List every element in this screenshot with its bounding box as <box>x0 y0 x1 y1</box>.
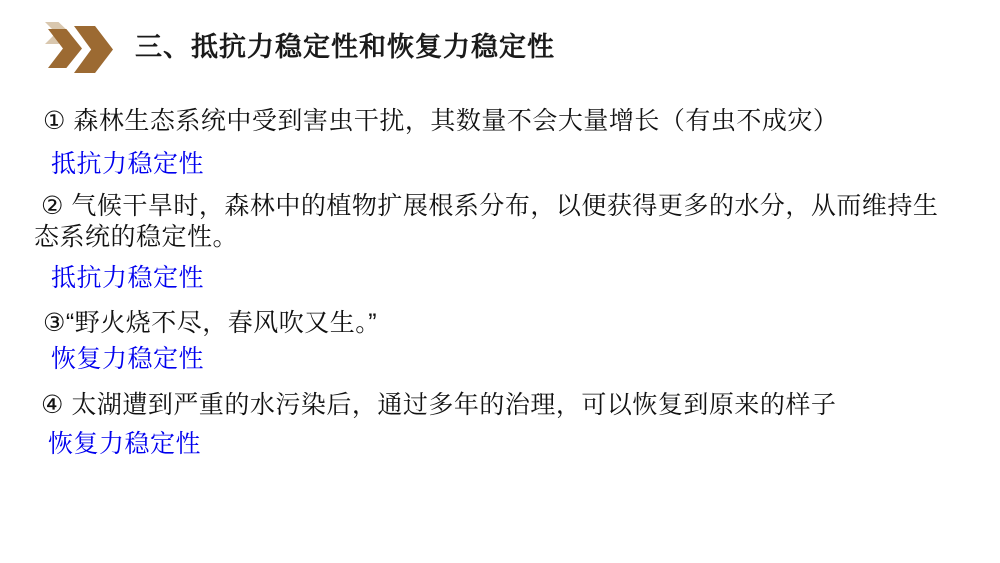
question-1: ① 森林生态系统中受到害虫干扰，其数量不会大量增长（有虫不成灾） <box>43 106 838 137</box>
presentation-slide: 三、抵抗力稳定性和恢复力稳定性 ① 森林生态系统中受到害虫干扰，其数量不会大量增… <box>0 0 1000 563</box>
question-2: ② 气候干旱时，森林中的植物扩展根系分布，以便获得更多的水分，从而维持生态系统的… <box>34 191 939 253</box>
question-4: ④ 太湖遭到严重的水污染后，通过多年的治理，可以恢复到原来的样子 <box>41 390 836 421</box>
question-3: ③“野火烧不尽，春风吹又生。” <box>43 308 377 339</box>
title-chevrons-icon <box>44 22 116 74</box>
answer-4: 恢复力稳定性 <box>48 429 201 460</box>
answer-1: 抵抗力稳定性 <box>51 149 204 180</box>
answer-3: 恢复力稳定性 <box>51 344 204 375</box>
slide-title: 三、抵抗力稳定性和恢复力稳定性 <box>135 31 555 64</box>
chevron-small-icon <box>48 29 82 68</box>
answer-2: 抵抗力稳定性 <box>51 263 204 294</box>
